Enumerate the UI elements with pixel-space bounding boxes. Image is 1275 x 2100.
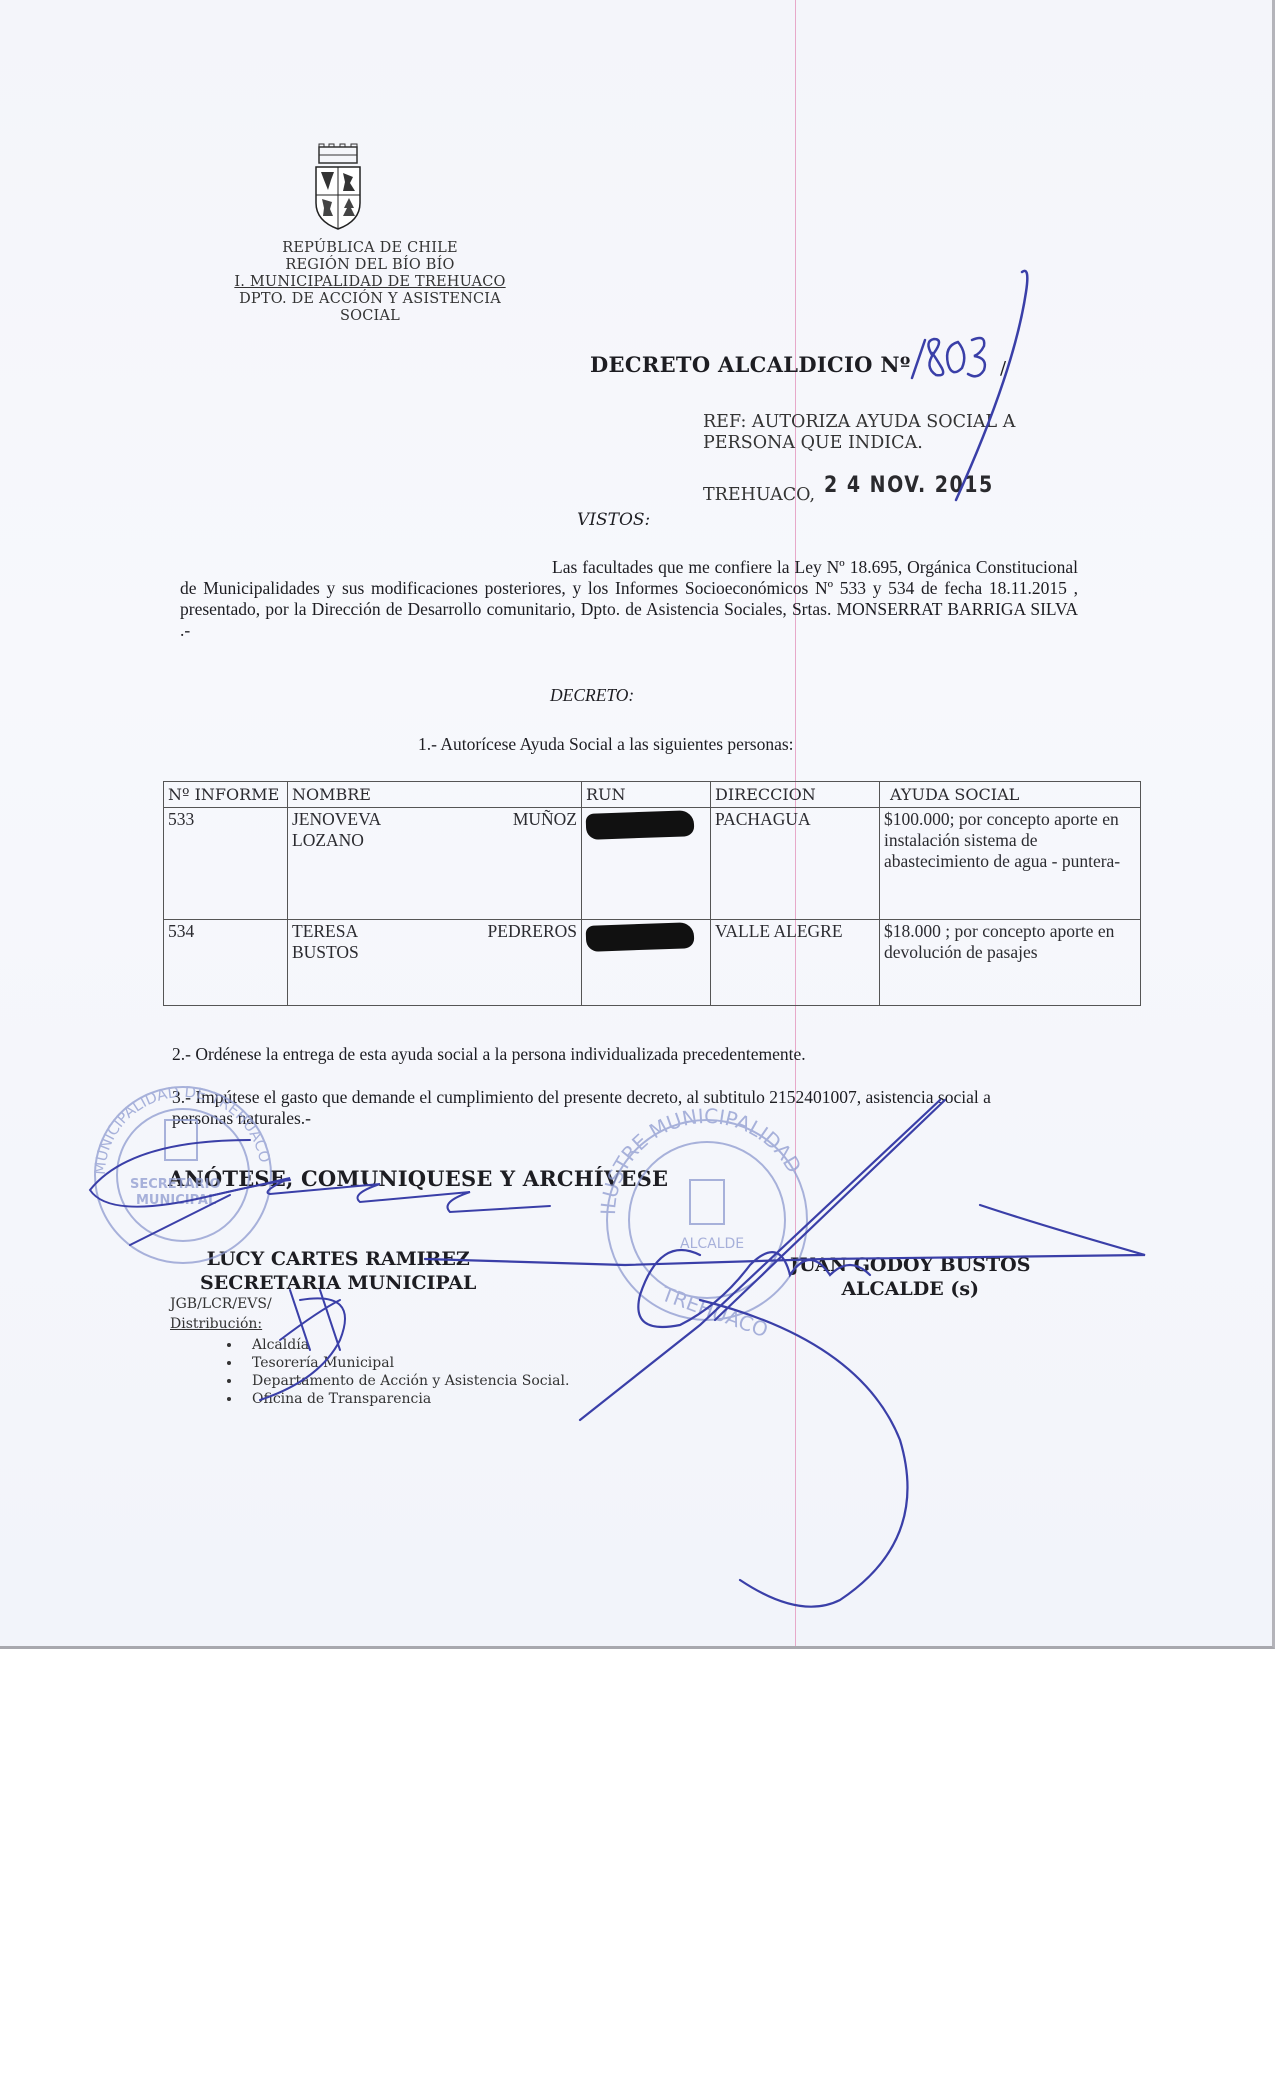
signatory-mayor: JUAN GODOY BUSTOS ALCALDE (s) [790, 1253, 1030, 1301]
name-part: BUSTOS [292, 942, 577, 963]
cell-run [582, 808, 711, 920]
signatory-role: SECRETARIA MUNICIPAL [200, 1271, 476, 1295]
table-header-row: Nº INFORME NOMBRE RUN DIRECCION AYUDA SO… [164, 782, 1141, 808]
reference-line-2: PERSONA QUE INDICA. [703, 433, 1015, 454]
table-row: 534 TERESAPEDREROS BUSTOS VALLE ALEGRE $… [164, 920, 1141, 1006]
redaction-mark [586, 810, 695, 840]
date-stamp: 2 4 NOV. 2015 [824, 472, 994, 497]
redaction-mark [586, 922, 695, 952]
cell-nombre: JENOVEVAMUÑOZ LOZANO [288, 808, 582, 920]
decree-item-3: 3.- Impútese el gasto que demande el cum… [172, 1087, 1052, 1129]
cell-ayuda: $100.000; por concepto aporte en instala… [880, 808, 1141, 920]
name-part: LOZANO [292, 830, 577, 851]
city-label: TREHUACO, [703, 485, 815, 505]
vistos-paragraph: Las facultades que me confiere la Ley Nº… [180, 557, 1078, 641]
list-item: Tesorería Municipal [242, 1354, 569, 1372]
institution-header: REPÚBLICA DE CHILE REGIÓN DEL BÍO BÍO I.… [220, 240, 520, 325]
decree-title: DECRETO ALCALDICIO Nº [590, 352, 911, 377]
drafting-initials: JGB/LCR/EVS/ [170, 1296, 272, 1312]
reference-line-1: REF: AUTORIZA AYUDA SOCIAL A [703, 412, 1015, 433]
col-nombre: NOMBRE [288, 782, 582, 808]
municipal-coat-of-arms-icon [313, 143, 363, 233]
signatory-role: ALCALDE (s) [790, 1277, 1030, 1301]
department-line: DPTO. DE ACCIÓN Y ASISTENCIA SOCIAL [220, 291, 520, 325]
col-informe: Nº INFORME [164, 782, 288, 808]
decree-reference: REF: AUTORIZA AYUDA SOCIAL A PERSONA QUE… [703, 412, 1015, 454]
cell-direccion: VALLE ALEGRE [711, 920, 880, 1006]
cell-ayuda: $18.000 ; por concepto aporte en devoluc… [880, 920, 1141, 1006]
title-slash: / [1000, 358, 1006, 379]
region-line: REGIÓN DEL BÍO BÍO [220, 257, 520, 274]
list-item: Alcaldía [242, 1336, 569, 1354]
cell-direccion: PACHAGUA [711, 808, 880, 920]
beneficiaries-table: Nº INFORME NOMBRE RUN DIRECCION AYUDA SO… [163, 781, 1141, 1006]
decreto-heading: DECRETO: [550, 685, 634, 706]
name-part: JENOVEVA [292, 809, 381, 830]
name-part: MUÑOZ [513, 809, 577, 830]
vistos-heading: VISTOS: [577, 510, 650, 530]
cell-run [582, 920, 711, 1006]
distribution-list: Alcaldía Tesorería Municipal Departament… [200, 1336, 569, 1408]
signatory-name: JUAN GODOY BUSTOS [790, 1253, 1030, 1277]
col-run: RUN [582, 782, 711, 808]
decree-item-1: 1.- Autorícese Ayuda Social a las siguie… [418, 734, 794, 755]
cell-informe: 533 [164, 808, 288, 920]
list-item: Departamento de Acción y Asistencia Soci… [242, 1372, 569, 1390]
cell-informe: 534 [164, 920, 288, 1006]
signatory-secretary: LUCY CARTES RAMIREZ SECRETARIA MUNICIPAL [200, 1247, 476, 1295]
cell-nombre: TERESAPEDREROS BUSTOS [288, 920, 582, 1006]
distribution-label: Distribución: [170, 1316, 262, 1332]
col-direccion: DIRECCION [711, 782, 880, 808]
closing-formula: ANÓTESE, COMUNIQUESE Y ARCHÍVESE [168, 1166, 668, 1191]
table-row: 533 JENOVEVAMUÑOZ LOZANO PACHAGUA $100.0… [164, 808, 1141, 920]
name-part: TERESA [292, 921, 358, 942]
decree-item-2: 2.- Ordénese la entrega de esta ayuda so… [172, 1044, 806, 1065]
list-item: Oficina de Transparencia [242, 1390, 569, 1408]
signatory-name: LUCY CARTES RAMIREZ [200, 1247, 476, 1271]
vistos-text: Las facultades que me confiere la Ley Nº… [180, 557, 1078, 640]
col-ayuda: AYUDA SOCIAL [880, 782, 1141, 808]
municipality-line: I. MUNICIPALIDAD DE TREHUACO [220, 274, 520, 291]
name-part: PEDREROS [488, 921, 577, 942]
country-line: REPÚBLICA DE CHILE [220, 240, 520, 257]
